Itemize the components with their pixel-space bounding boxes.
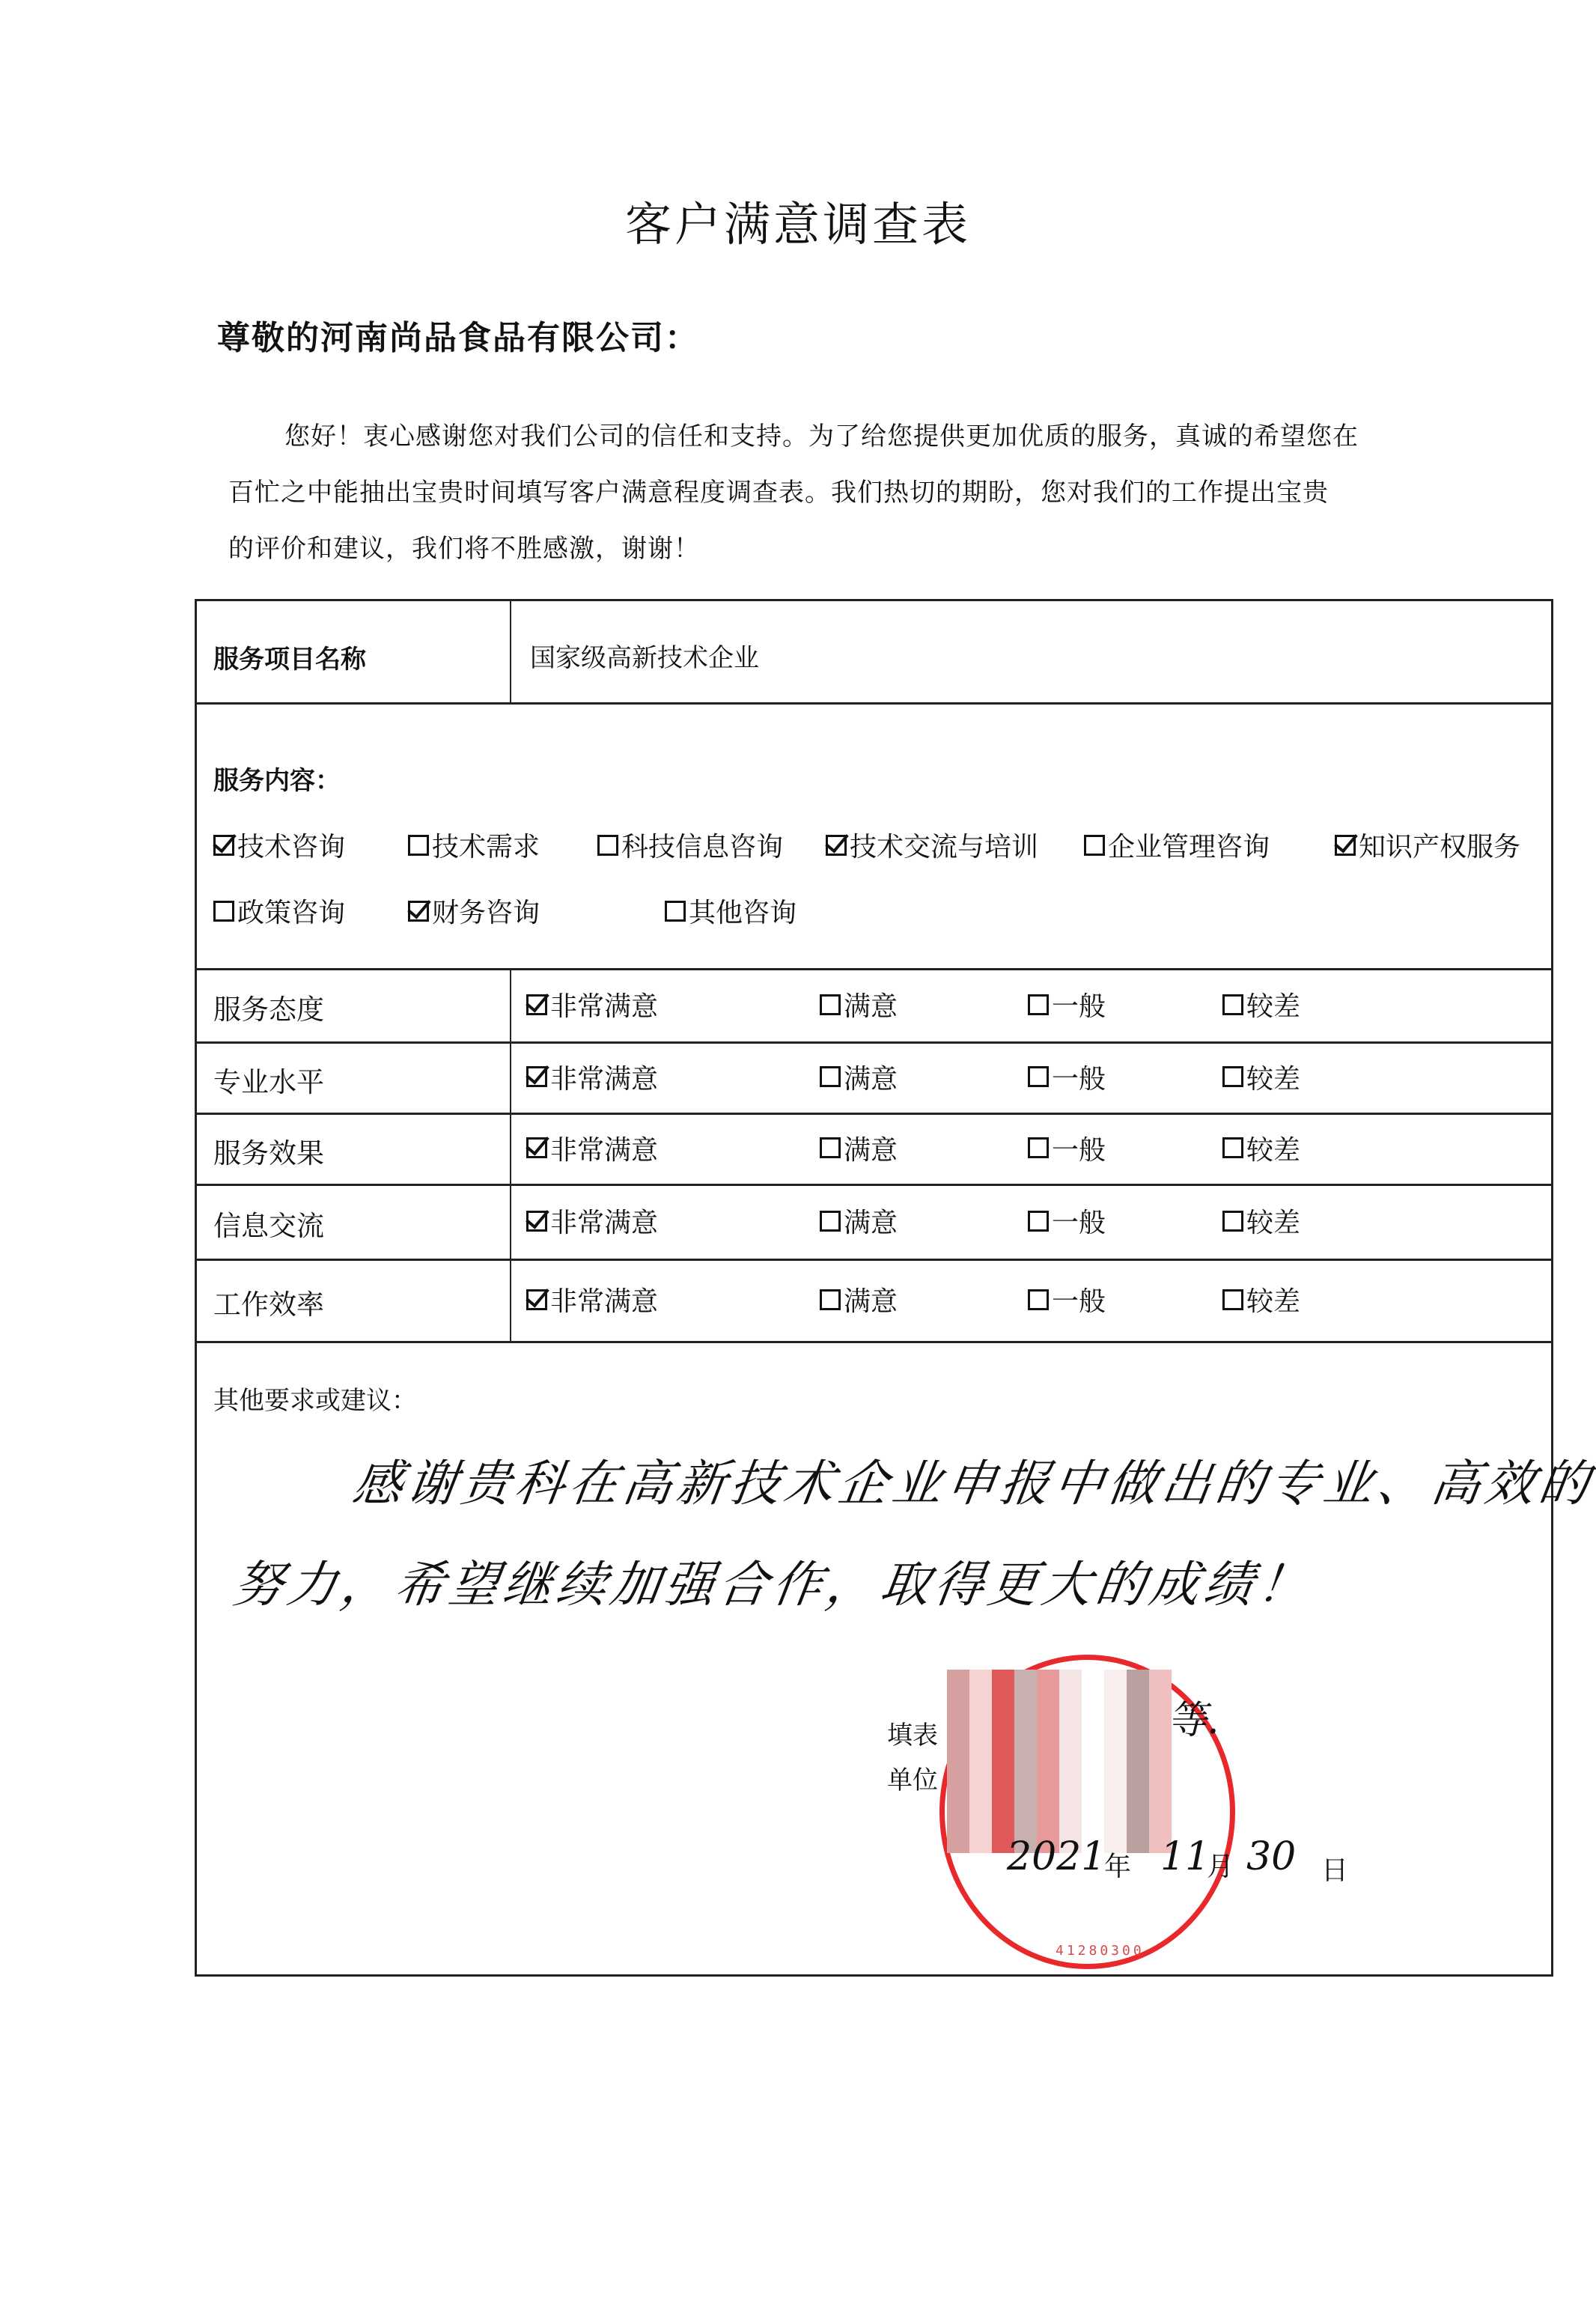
service-option-label: 技术咨询 [237, 826, 345, 864]
seal-serial: 41280300 [1056, 1943, 1145, 1959]
handwritten-comment-line-2: 努力，希望继续加强合作，取得更大的成绩！ [229, 1545, 1317, 1616]
checkbox-icon[interactable] [1222, 1211, 1243, 1232]
mosaic-cell [1059, 1738, 1082, 1762]
mosaic-cell [969, 1762, 992, 1785]
mosaic-cell [947, 1715, 969, 1738]
column-divider [510, 1184, 511, 1259]
mosaic-cell [1104, 1715, 1127, 1738]
rating-option[interactable]: 非常满意 [526, 1280, 658, 1318]
checkbox-icon[interactable] [597, 835, 618, 856]
checkbox-icon[interactable] [1084, 835, 1105, 856]
mosaic-cell [947, 1807, 969, 1831]
service-option[interactable]: 技术需求 [408, 826, 540, 864]
mosaic-cell [1127, 1670, 1149, 1693]
service-option[interactable]: 企业管理咨询 [1084, 826, 1270, 864]
intro-line-3: 的评价和建议，我们将不胜感激，谢谢！ [228, 528, 700, 565]
rating-option[interactable]: 满意 [820, 1129, 898, 1167]
checked-box-icon[interactable] [526, 1137, 547, 1158]
service-option-label: 财务咨询 [432, 892, 540, 930]
filler-label: 填表 [887, 1715, 938, 1751]
mosaic-cell [1104, 1807, 1127, 1831]
rating-option[interactable]: 一般 [1028, 1058, 1106, 1096]
mosaic-cell [992, 1807, 1014, 1831]
mosaic-cell [1127, 1807, 1149, 1831]
mosaic-cell [1104, 1738, 1127, 1762]
mosaic-cell [1127, 1784, 1149, 1807]
mosaic-cell [1037, 1693, 1059, 1716]
rating-option[interactable]: 一般 [1028, 1129, 1106, 1167]
checkbox-icon[interactable] [820, 1289, 841, 1310]
rating-option-label: 较差 [1246, 1058, 1300, 1096]
rating-criterion: 工作效率 [213, 1282, 324, 1322]
rating-criterion: 专业水平 [213, 1059, 324, 1100]
date-month: 11 [1160, 1834, 1210, 1879]
service-option[interactable]: 技术交流与培训 [826, 826, 1038, 864]
mosaic-cell [1127, 1738, 1149, 1762]
mosaic-cell [1059, 1762, 1082, 1785]
mosaic-cell [1059, 1807, 1082, 1831]
mosaic-cell [1037, 1715, 1059, 1738]
mosaic-cell [1127, 1715, 1149, 1738]
unit-label: 单位 [887, 1759, 938, 1796]
mosaic-cell [1082, 1670, 1104, 1693]
rating-option[interactable]: 满意 [820, 1202, 898, 1240]
rating-option-label: 一般 [1052, 1129, 1106, 1167]
mosaic-cell [969, 1784, 992, 1807]
survey-form-table: 服务项目名称 国家级高新技术企业 服务内容： 技术咨询技术需求科技信息咨询技术交… [195, 599, 1553, 1977]
rating-option[interactable]: 非常满意 [526, 1129, 658, 1167]
form-title: 客户满意调查表 [0, 187, 1596, 254]
service-option[interactable]: 技术咨询 [213, 826, 345, 864]
mosaic-cell [992, 1762, 1014, 1785]
row-divider [197, 1184, 1551, 1186]
checked-box-icon[interactable] [826, 835, 847, 856]
mosaic-cell [992, 1738, 1014, 1762]
mosaic-cell [1014, 1762, 1037, 1785]
rating-option-label: 满意 [844, 1280, 898, 1318]
mosaic-cell [1082, 1762, 1104, 1785]
mosaic-cell [1149, 1784, 1172, 1807]
mosaic-cell [1104, 1784, 1127, 1807]
mosaic-cell [1014, 1693, 1037, 1716]
date-month-label: 月 [1207, 1846, 1234, 1884]
mosaic-cell [1059, 1715, 1082, 1738]
mosaic-cell [1037, 1784, 1059, 1807]
date-year-label: 年 [1104, 1846, 1131, 1884]
rating-option-label: 非常满意 [550, 1280, 658, 1318]
mosaic-cell [1082, 1693, 1104, 1716]
service-option-label: 技术需求 [432, 826, 540, 864]
rating-option-label: 一般 [1052, 1280, 1106, 1318]
mosaic-cell [947, 1738, 969, 1762]
checked-box-icon[interactable] [408, 901, 429, 922]
service-name-value: 国家级高新技术企业 [530, 637, 759, 674]
rating-option-label: 一般 [1052, 1202, 1106, 1240]
mosaic-cell [969, 1715, 992, 1738]
service-option[interactable]: 政策咨询 [213, 892, 345, 930]
rating-option-label: 较差 [1246, 1129, 1300, 1167]
checked-box-icon[interactable] [526, 1211, 547, 1232]
checkbox-icon[interactable] [1222, 994, 1243, 1015]
service-option-label: 技术交流与培训 [850, 826, 1038, 864]
checkbox-icon[interactable] [408, 835, 429, 856]
mosaic-cell [1082, 1715, 1104, 1738]
redacted-mosaic [947, 1670, 1172, 1853]
checkbox-icon[interactable] [1028, 994, 1049, 1015]
rating-option-label: 满意 [844, 1058, 898, 1096]
comments-label: 其他要求或建议： [213, 1380, 417, 1417]
mosaic-cell [1037, 1807, 1059, 1831]
mosaic-cell [969, 1670, 992, 1693]
service-option-label: 科技信息咨询 [621, 826, 783, 864]
rating-option[interactable]: 非常满意 [526, 985, 658, 1023]
checkbox-icon[interactable] [820, 1066, 841, 1087]
mosaic-cell [1059, 1670, 1082, 1693]
mosaic-cell [1014, 1738, 1037, 1762]
checked-box-icon[interactable] [1335, 835, 1356, 856]
rating-option-label: 满意 [844, 1129, 898, 1167]
signature-tail: 等. [1168, 1688, 1219, 1744]
column-divider [510, 1259, 511, 1341]
service-option-label: 知识产权服务 [1359, 826, 1520, 864]
mosaic-cell [947, 1784, 969, 1807]
row-divider [197, 1341, 1551, 1343]
mosaic-cell [1037, 1762, 1059, 1785]
mosaic-cell [992, 1670, 1014, 1693]
mosaic-cell [1082, 1807, 1104, 1831]
intro-line-1: 您好！衷心感谢您对我们公司的信任和支持。为了给您提供更加优质的服务，真诚的希望您… [284, 416, 1359, 452]
rating-option[interactable]: 较差 [1222, 1058, 1300, 1096]
mosaic-cell [1037, 1738, 1059, 1762]
mosaic-cell [1104, 1693, 1127, 1716]
rating-option[interactable]: 较差 [1222, 1280, 1300, 1318]
checked-box-icon[interactable] [526, 994, 547, 1015]
mosaic-cell [1149, 1807, 1172, 1831]
checkbox-icon[interactable] [1028, 1289, 1049, 1310]
rating-criterion: 服务效果 [213, 1131, 324, 1171]
rating-option-label: 较差 [1246, 1202, 1300, 1240]
service-option-label: 政策咨询 [237, 892, 345, 930]
rating-option[interactable]: 非常满意 [526, 1058, 658, 1096]
rating-option[interactable]: 非常满意 [526, 1202, 658, 1240]
checkbox-icon[interactable] [1028, 1137, 1049, 1158]
rating-option[interactable]: 较差 [1222, 1202, 1300, 1240]
column-divider [510, 601, 511, 702]
service-option-label: 其他咨询 [689, 892, 797, 930]
mosaic-cell [1037, 1670, 1059, 1693]
checkbox-icon[interactable] [820, 1137, 841, 1158]
service-option[interactable]: 其他咨询 [665, 892, 797, 930]
mosaic-cell [1104, 1762, 1127, 1785]
rating-criterion: 信息交流 [213, 1203, 324, 1244]
mosaic-cell [1127, 1693, 1149, 1716]
rating-option-label: 较差 [1246, 985, 1300, 1023]
mosaic-cell [969, 1807, 992, 1831]
mosaic-cell [992, 1784, 1014, 1807]
checked-box-icon[interactable] [526, 1066, 547, 1087]
rating-option[interactable]: 满意 [820, 1058, 898, 1096]
service-content-label: 服务内容： [213, 760, 341, 797]
mosaic-cell [1059, 1784, 1082, 1807]
rating-option-label: 非常满意 [550, 1202, 658, 1240]
column-divider [510, 1041, 511, 1113]
date-day: 30 [1246, 1834, 1296, 1879]
mosaic-cell [1082, 1738, 1104, 1762]
rating-criterion: 服务态度 [213, 987, 324, 1027]
mosaic-cell [1014, 1784, 1037, 1807]
mosaic-cell [969, 1738, 992, 1762]
checkbox-icon[interactable] [820, 1211, 841, 1232]
rating-option[interactable]: 满意 [820, 985, 898, 1023]
service-option[interactable]: 知识产权服务 [1335, 826, 1520, 864]
mosaic-cell [947, 1762, 969, 1785]
date-year: 2021 [1007, 1834, 1106, 1879]
checked-box-icon[interactable] [526, 1289, 547, 1310]
mosaic-cell [1014, 1715, 1037, 1738]
checkbox-icon[interactable] [665, 901, 686, 922]
checkbox-icon[interactable] [1028, 1066, 1049, 1087]
checkbox-icon[interactable] [213, 901, 234, 922]
rating-option-label: 较差 [1246, 1280, 1300, 1318]
rating-option[interactable]: 一般 [1028, 985, 1106, 1023]
date-day-label: 日 [1321, 1849, 1348, 1887]
mosaic-cell [969, 1830, 992, 1853]
rating-option-label: 一般 [1052, 1058, 1106, 1096]
row-divider [197, 1041, 1551, 1044]
row-divider [197, 968, 1551, 970]
column-divider [510, 1113, 511, 1184]
service-name-label: 服务项目名称 [213, 639, 366, 675]
mosaic-cell [969, 1693, 992, 1716]
rating-option-label: 非常满意 [550, 1058, 658, 1096]
column-divider [510, 968, 511, 1041]
intro-line-2: 百忙之中能抽出宝贵时间填写客户满意程度调查表。我们热切的期盼，您对我们的工作提出… [228, 472, 1329, 508]
mosaic-cell [947, 1830, 969, 1853]
mosaic-cell [1059, 1693, 1082, 1716]
checkbox-icon[interactable] [1222, 1066, 1243, 1087]
mosaic-cell [1082, 1784, 1104, 1807]
rating-option[interactable]: 较差 [1222, 1129, 1300, 1167]
mosaic-cell [1149, 1762, 1172, 1785]
rating-option[interactable]: 一般 [1028, 1202, 1106, 1240]
checkbox-icon[interactable] [1222, 1289, 1243, 1310]
rating-option-label: 满意 [844, 985, 898, 1023]
row-divider [197, 1113, 1551, 1115]
rating-option[interactable]: 一般 [1028, 1280, 1106, 1318]
mosaic-cell [947, 1693, 969, 1716]
mosaic-cell [1014, 1670, 1037, 1693]
row-divider [197, 1259, 1551, 1261]
checkbox-icon[interactable] [1028, 1211, 1049, 1232]
mosaic-cell [1014, 1807, 1037, 1831]
mosaic-cell [992, 1693, 1014, 1716]
service-option[interactable]: 科技信息咨询 [597, 826, 783, 864]
mosaic-cell [1127, 1762, 1149, 1785]
rating-option-label: 非常满意 [550, 1129, 658, 1167]
row-divider [197, 702, 1551, 705]
service-option-label: 企业管理咨询 [1108, 826, 1270, 864]
checkbox-icon[interactable] [1222, 1137, 1243, 1158]
handwritten-comment-line-1: 感谢贵科在高新技术企业申报中做出的专业、高效的付出和 [349, 1444, 1596, 1515]
mosaic-cell [1104, 1670, 1127, 1693]
checked-box-icon[interactable] [213, 835, 234, 856]
mosaic-cell [992, 1715, 1014, 1738]
salutation: 尊敬的河南尚品食品有限公司： [217, 311, 699, 359]
rating-option-label: 一般 [1052, 985, 1106, 1023]
rating-option-label: 非常满意 [550, 985, 658, 1023]
rating-option-label: 满意 [844, 1202, 898, 1240]
rating-option[interactable]: 较差 [1222, 985, 1300, 1023]
checkbox-icon[interactable] [820, 994, 841, 1015]
service-option[interactable]: 财务咨询 [408, 892, 540, 930]
mosaic-cell [947, 1670, 969, 1693]
rating-option[interactable]: 满意 [820, 1280, 898, 1318]
